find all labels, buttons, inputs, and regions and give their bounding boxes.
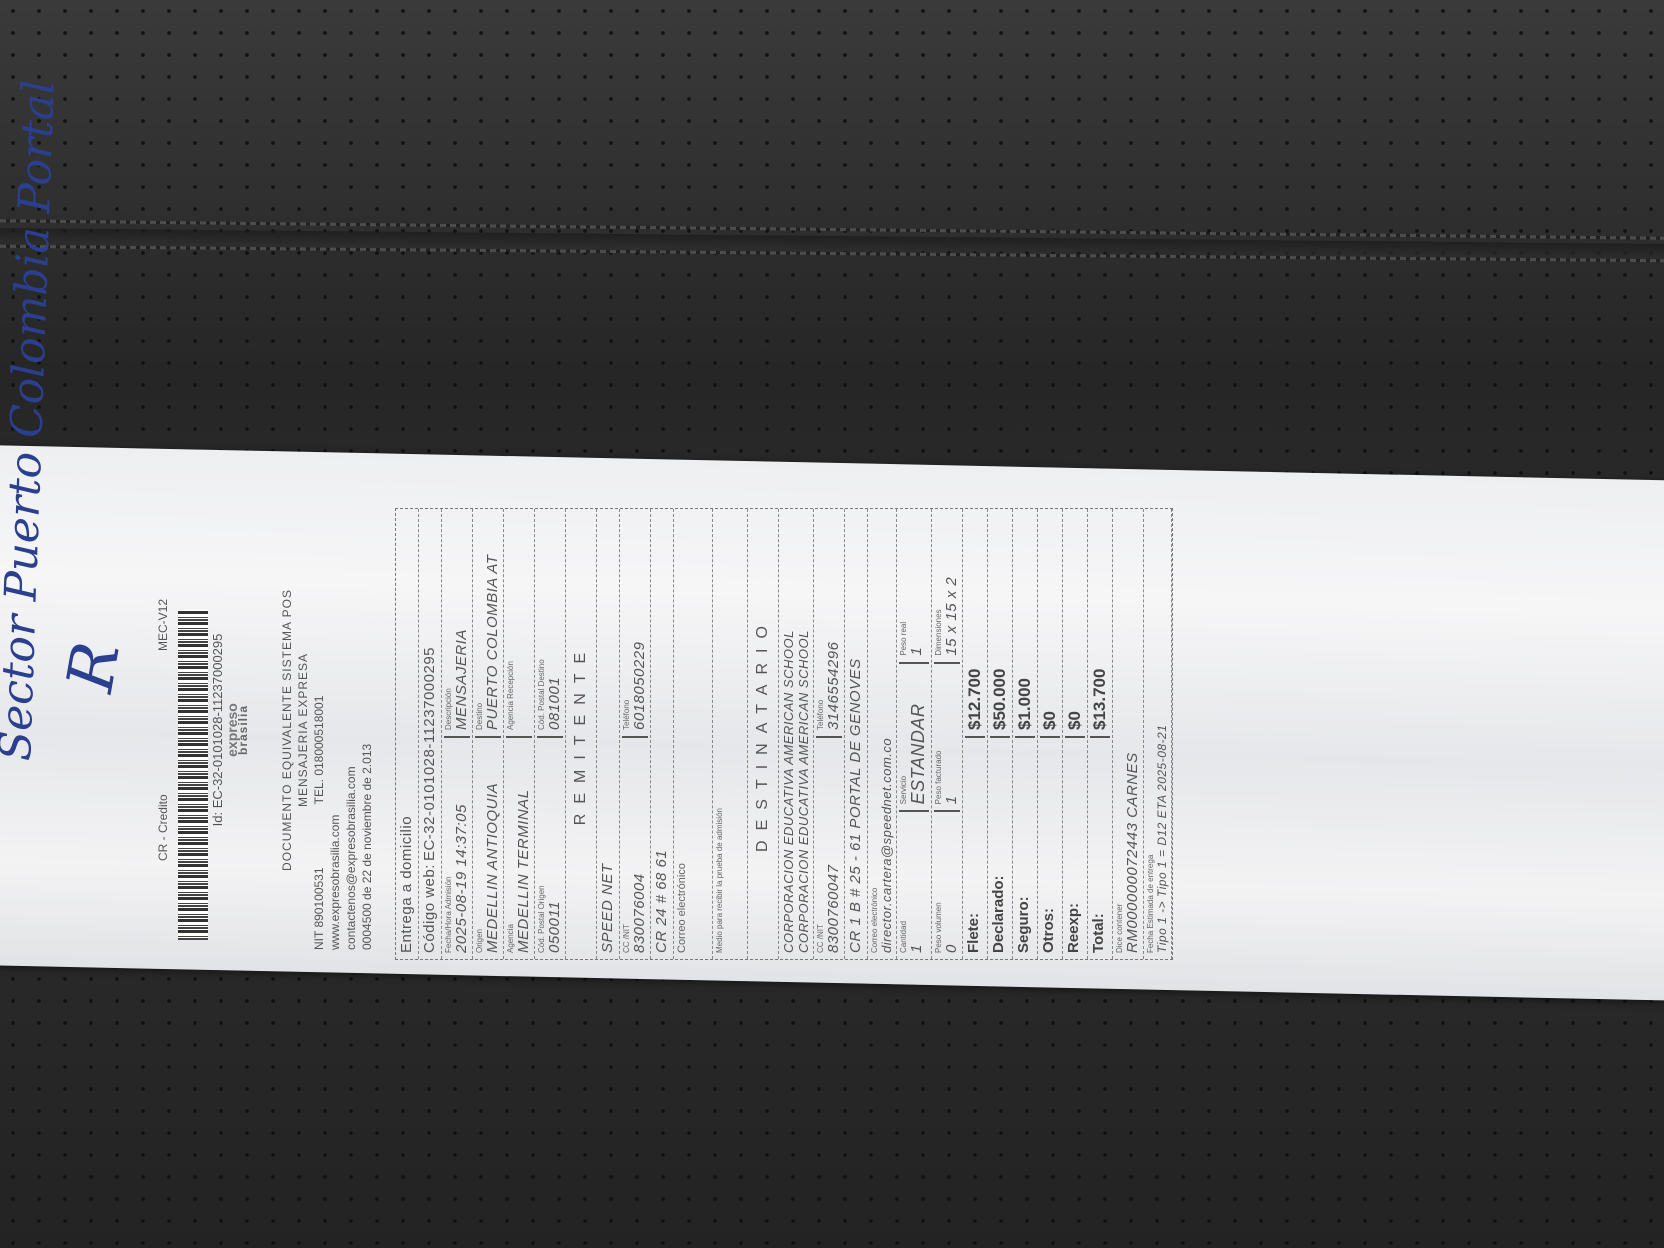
admission-datetime: 2025-08-19 14:37:05	[453, 804, 470, 953]
recipient-address: CR 1 B # 25 - 61 PORTAL DE GENOVES	[845, 509, 868, 959]
charge-row: Reexp:$0	[1063, 509, 1088, 959]
website: www.expresobrasilia.com	[328, 450, 342, 980]
sender-id: 830076004	[631, 873, 648, 953]
sender-address: CR 24 # 68 61	[651, 509, 674, 959]
shipping-receipt: CR - Credito MEC-V12 Id: EC-32-0101028-1…	[150, 480, 1540, 980]
sender-email: Correo electrónico	[674, 509, 713, 959]
receipt-id: Id: EC-32-0101028-11237000295	[210, 480, 225, 980]
doc-subtitle: MENSAJERIA EXPRESA	[296, 480, 310, 980]
form-code: MEC-V12	[156, 599, 170, 651]
tel: TEL. 018000518001	[312, 696, 326, 805]
delivery-estimate: Fecha Estimada de entrega Tipo 1 -> Tipo…	[1144, 509, 1172, 959]
package-row-1: Cantidad1 ServicioESTANDAR Peso real1	[897, 509, 932, 959]
dimensions: 15 x 15 x 2	[943, 577, 960, 656]
sender-phone: 6018050229	[631, 642, 648, 730]
charge-row: Declarado:$50.000	[988, 509, 1013, 959]
origin-destination-row: OrigenMEDELLIN ANTIOQUIA DestinoPUERTO C…	[473, 509, 504, 959]
recipient-id: 8300760047	[825, 865, 842, 953]
admission-note: Medio para recibir la prueba de admisión	[713, 509, 748, 959]
charge-row: Seguro:$1.000	[1013, 509, 1038, 959]
delivery-type: Entrega a domicilio	[396, 509, 419, 959]
agency: MEDELLIN TERMINAL	[515, 789, 532, 953]
postal-row: Cód. Postal Origen050011 Cód. Postal Des…	[535, 509, 566, 959]
destination: PUERTO COLOMBIA AT	[484, 555, 501, 730]
charge-row: Flete:$12.700	[963, 509, 988, 959]
recipient-id-row: CC /NIT8300760047 Teléfono3146554296	[814, 509, 845, 959]
description: MENSAJERIA	[453, 629, 470, 730]
barcode	[178, 610, 208, 940]
recipient-phone: 3146554296	[825, 642, 842, 730]
package-row-2: Peso volumen0 Peso facturado1 Dimensione…	[932, 509, 963, 959]
receipt-table: Entrega a domicilio Código web: EC-32-01…	[395, 508, 1173, 960]
dest-postal: 081001	[546, 677, 563, 730]
real-weight: 1	[908, 647, 925, 656]
service: ESTANDAR	[908, 704, 928, 805]
contact-email: contactenos@expresobrasilia.com	[344, 450, 358, 980]
charge-row: Otros:$0	[1038, 509, 1063, 959]
datetime-description-row: Fecha/Hora Admisión2025-08-19 14:37:05 D…	[442, 509, 473, 959]
brand-logo: brasilia	[236, 480, 250, 980]
doc-title: DOCUMENTO EQUIVALENTE SISTEMA POS	[280, 480, 294, 980]
sender-id-row: CC /NIT830076004 Teléfono6018050229	[620, 509, 651, 959]
nit: NIT 890100531	[312, 867, 326, 950]
billed-weight: 1	[943, 795, 960, 804]
quantity: 1	[908, 944, 925, 953]
contents: Dice contener RM000000072443 CARNES	[1113, 509, 1144, 959]
agency-row: AgenciaMEDELLIN TERMINAL Agencia Recepci…	[504, 509, 535, 959]
origin-postal: 050011	[546, 901, 563, 953]
total-row: Total:$13.700	[1088, 509, 1113, 959]
sender-name: SPEED NET	[597, 509, 620, 959]
resolution: 0004500 de 22 de noviembre de 2.013	[360, 450, 374, 980]
receipt-type: CR - Credito	[156, 794, 170, 861]
volume-weight: 0	[943, 944, 960, 953]
recipient-title: DESTINATARIO	[748, 509, 779, 959]
sender-title: REMITENTE	[566, 509, 597, 959]
web-code: Código web: EC-32-0101028-11237000295	[419, 509, 442, 959]
recipient-name: CORPORACION EDUCATIVA AMERICAN SCHOOL CO…	[779, 509, 814, 959]
origin: MEDELLIN ANTIOQUIA	[484, 783, 501, 953]
recipient-email: Correo electrónico director.cartera@spee…	[868, 509, 897, 959]
